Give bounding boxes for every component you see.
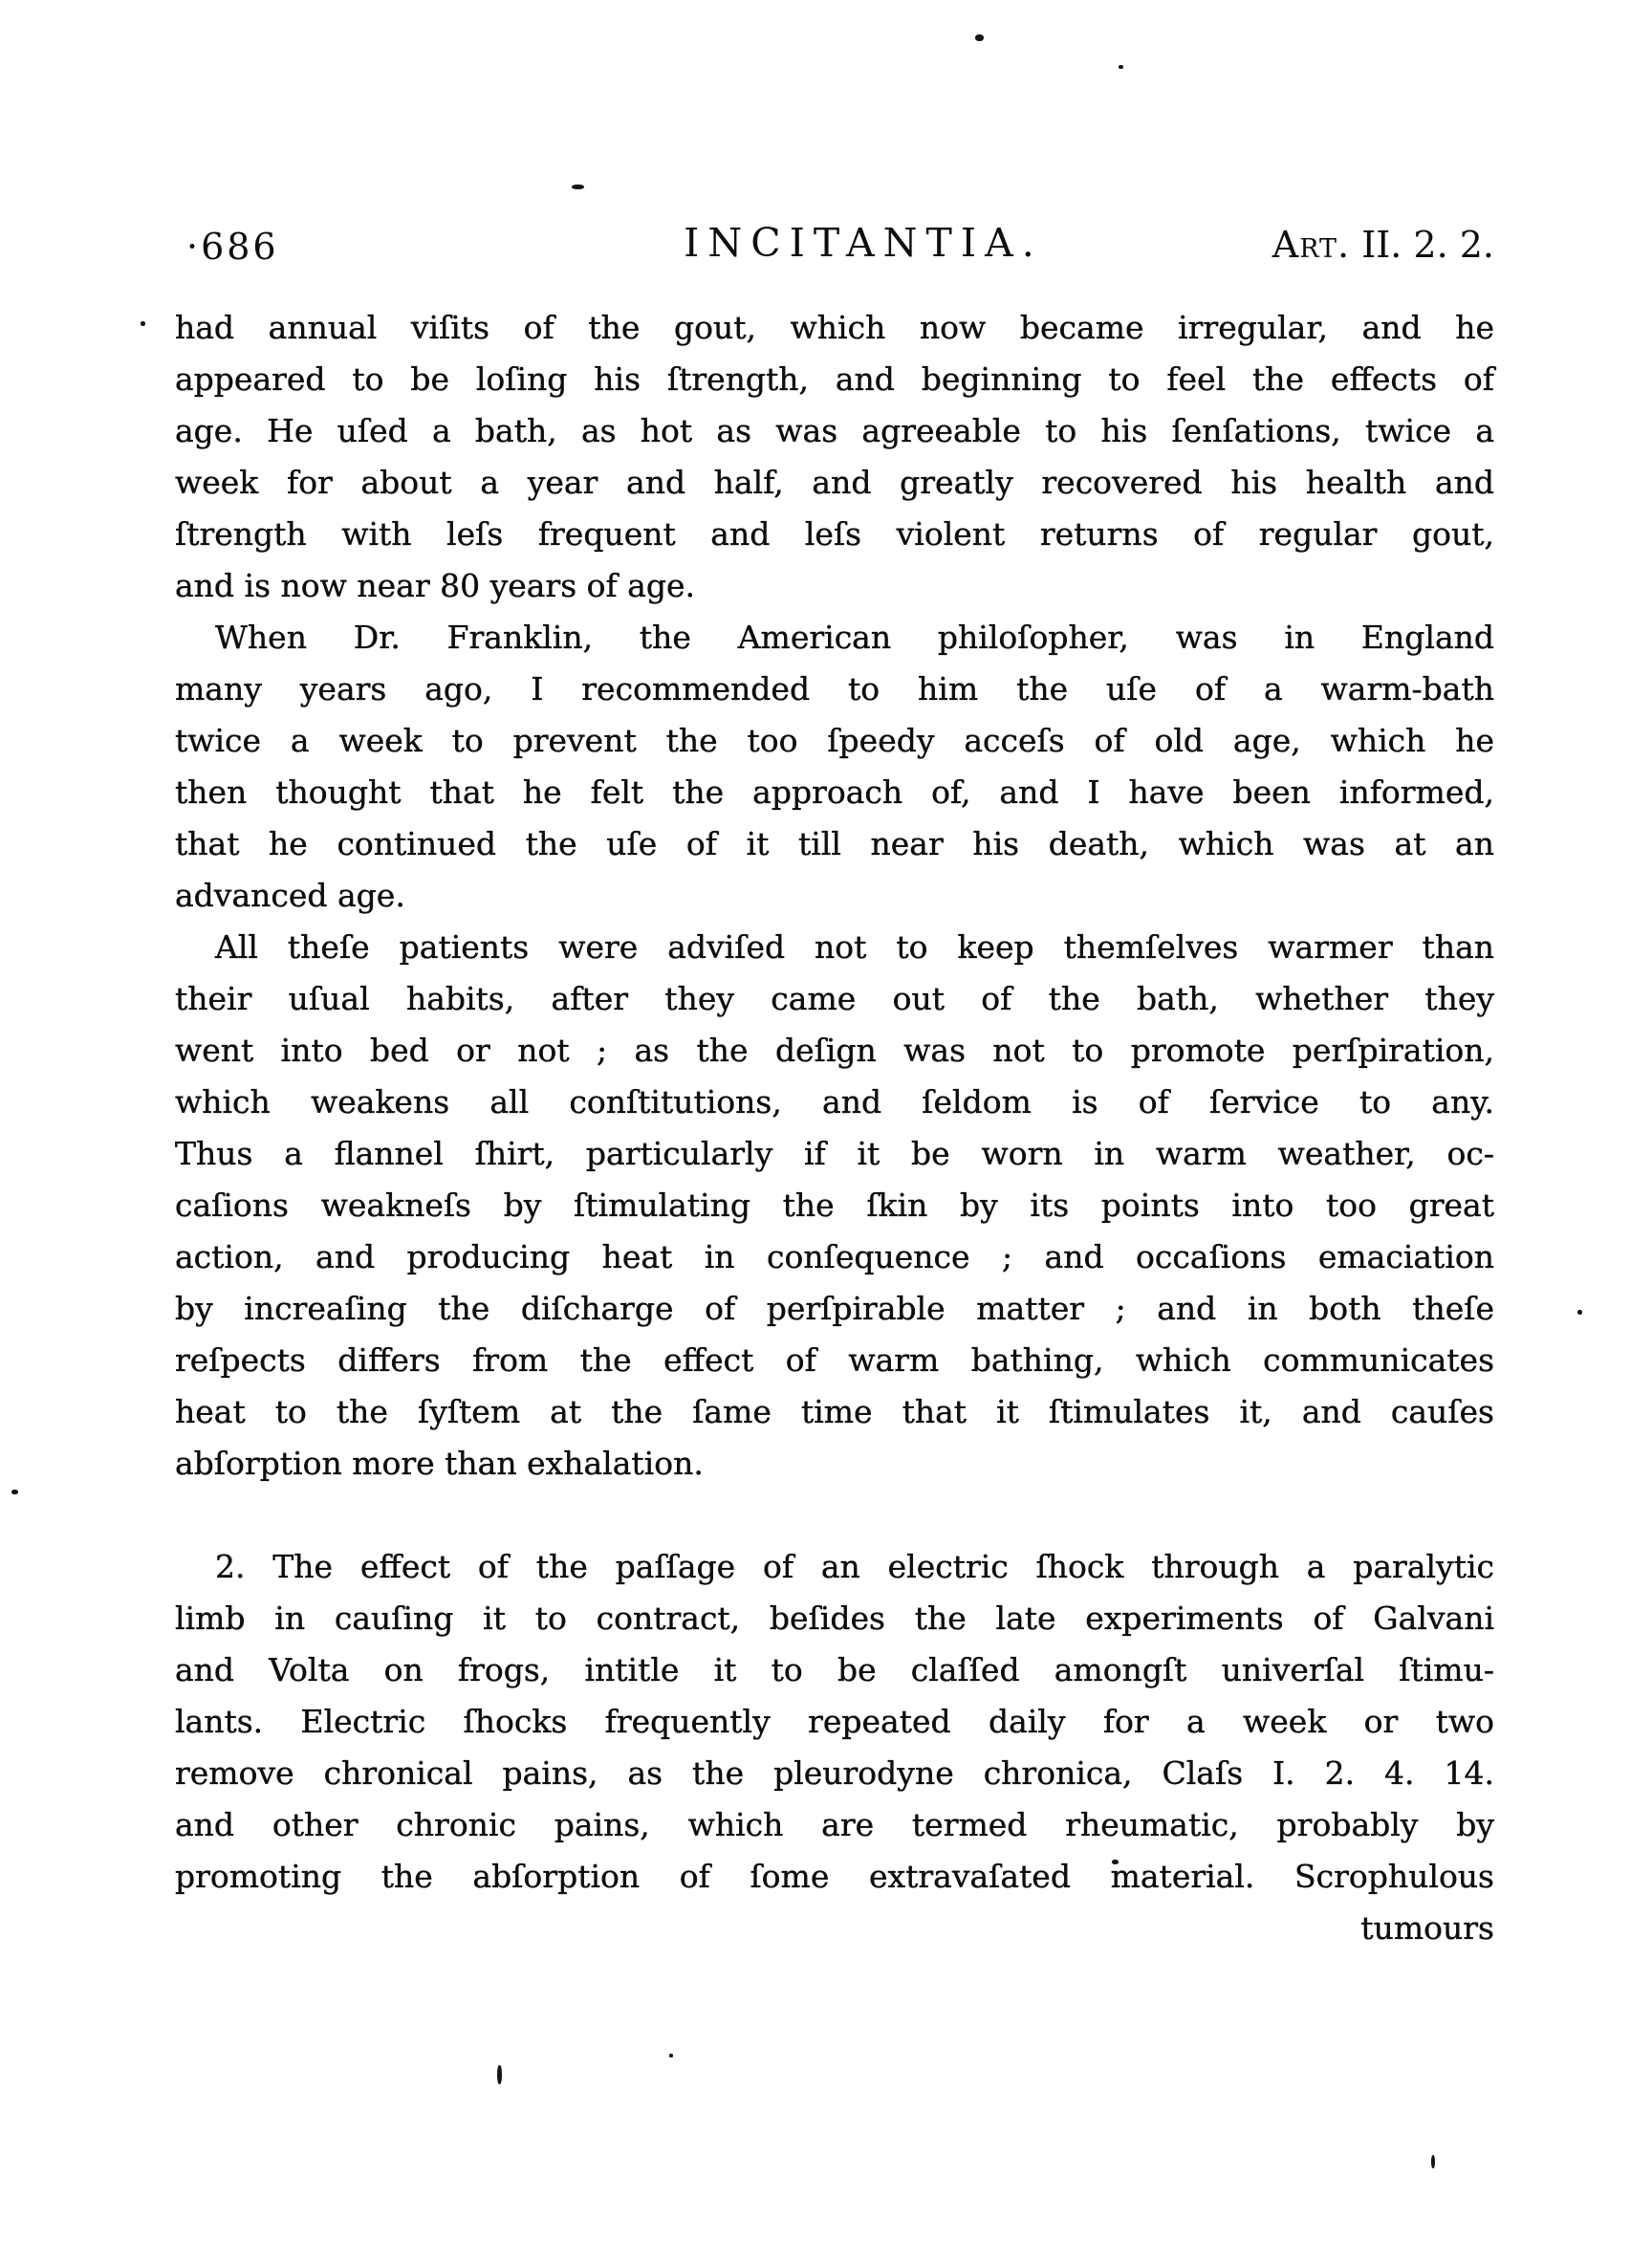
ink-speck	[11, 1490, 18, 1494]
text-line: twice a week to prevent the too ſpeedy a…	[175, 715, 1494, 767]
text-line: that he continued the uſe of it till nea…	[175, 818, 1494, 870]
page-number: ·686	[186, 226, 279, 268]
text-line: lants. Electric ſhocks frequently repeat…	[175, 1696, 1494, 1748]
article-number: II. 2. 2.	[1350, 224, 1494, 266]
text-line: then thought that he felt the approach o…	[175, 767, 1494, 818]
catchword: tumours	[175, 1903, 1494, 1954]
text-line: promoting the abſorption of ſome extrava…	[175, 1851, 1494, 1903]
text-line: which weakens all conſtitutions, and ſel…	[175, 1077, 1494, 1128]
text-line: remove chronical pains, as the pleurodyn…	[175, 1748, 1494, 1799]
text-line: went into bed or not ; as the deſign was…	[175, 1025, 1494, 1077]
article-reference: Art. II. 2. 2.	[1272, 224, 1494, 266]
ink-speck	[497, 2065, 502, 2084]
article-label: Art.	[1272, 224, 1350, 266]
text-line: advanced age.	[175, 870, 1494, 922]
body-text: had annual viſits of the gout, which now…	[175, 302, 1494, 1954]
ink-speck	[975, 34, 984, 41]
text-line: Thus a flannel ſhirt, particularly if it…	[175, 1128, 1494, 1180]
paragraph: had annual viſits of the gout, which now…	[175, 302, 1494, 612]
text-line: caſions weakneſs by ſtimulating the ſkin…	[175, 1180, 1494, 1231]
running-header: ·686 INCITANTIA. Art. II. 2. 2.	[175, 218, 1494, 272]
text-line: ſtrength with leſs frequent and leſs vio…	[175, 509, 1494, 560]
text-line: All theſe patients were adviſed not to k…	[175, 922, 1494, 973]
text-line: week for about a year and half, and grea…	[175, 457, 1494, 509]
text-line: by increaſing the diſcharge of perſpirab…	[175, 1283, 1494, 1335]
text-line: and Volta on frogs, intitle it to be cla…	[175, 1644, 1494, 1696]
book-page: ·686 INCITANTIA. Art. II. 2. 2. had annu…	[0, 0, 1652, 2264]
ink-speck	[572, 185, 584, 189]
ink-speck	[1431, 2155, 1435, 2168]
text-line: age. He uſed a bath, as hot as was agree…	[175, 405, 1494, 457]
ink-speck	[1119, 65, 1123, 69]
ink-speck	[141, 321, 145, 326]
text-line: and is now near 80 years of age.	[175, 560, 1494, 612]
text-line: reſpects differs from the effect of warm…	[175, 1335, 1494, 1386]
text-line: many years ago, I recommended to him the…	[175, 664, 1494, 715]
text-line: heat to the ſyſtem at the ſame time that…	[175, 1386, 1494, 1438]
text-line: and other chronic pains, which are terme…	[175, 1799, 1494, 1851]
text-line: had annual viſits of the gout, which now…	[175, 302, 1494, 354]
text-line: limb in cauſing it to contract, beſides …	[175, 1593, 1494, 1644]
text-line: abſorption more than exhalation.	[175, 1438, 1494, 1490]
running-title: INCITANTIA.	[684, 220, 1043, 266]
text-line: 2. The effect of the paſſage of an elect…	[175, 1541, 1494, 1593]
text-line: appeared to be loſing his ſtrength, and …	[175, 354, 1494, 405]
paragraph: All theſe patients were adviſed not to k…	[175, 922, 1494, 1490]
text-line: When Dr. Franklin, the American philoſop…	[175, 612, 1494, 664]
text-line: their uſual habits, after they came out …	[175, 973, 1494, 1025]
paragraph: 2. The effect of the paſſage of an elect…	[175, 1541, 1494, 1903]
ink-speck	[1112, 1860, 1119, 1864]
text-line: action, and producing heat in conſequenc…	[175, 1231, 1494, 1283]
paragraph: When Dr. Franklin, the American philoſop…	[175, 612, 1494, 922]
ink-speck	[1577, 1310, 1582, 1315]
ink-speck	[669, 2054, 673, 2057]
